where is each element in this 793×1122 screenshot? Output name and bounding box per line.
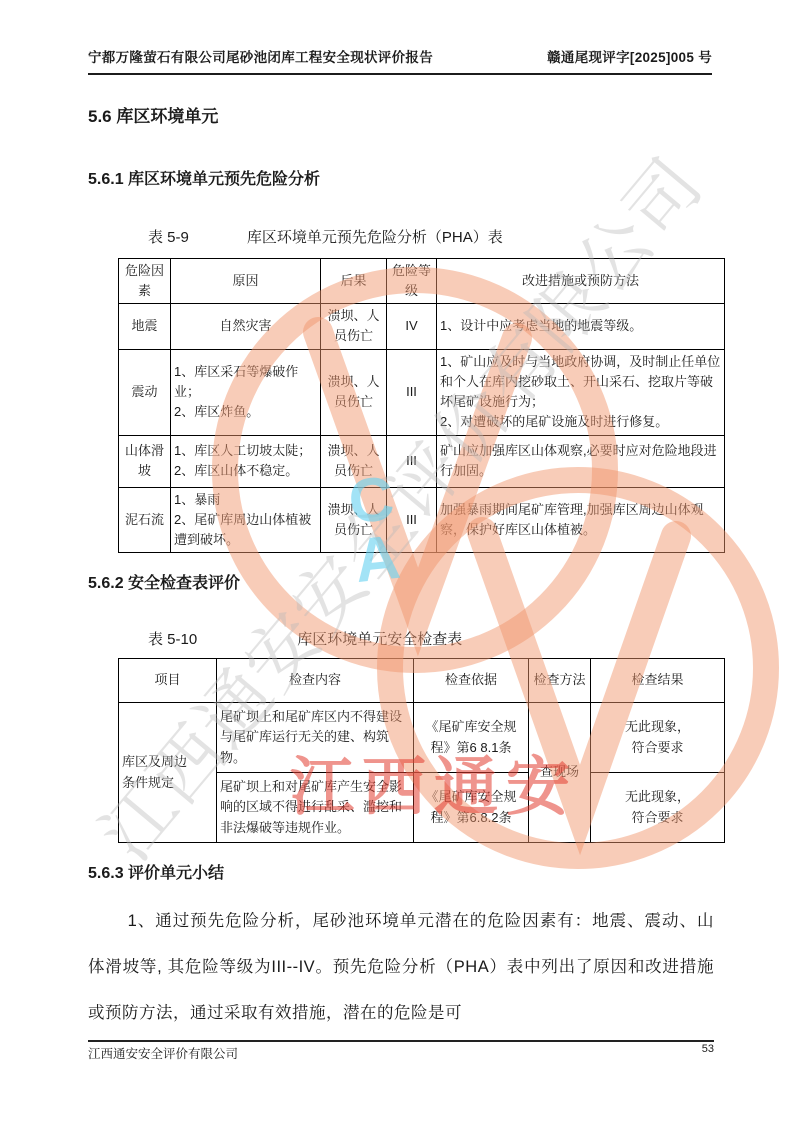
table-row: 震动 1、库区采石等爆破作业； 2、库区炸鱼。 溃坝、人员伤亡 III 1、矿山… [119,349,725,435]
cell-result: 无此现象， 符合要求 [591,773,725,843]
cell-method: 查现场 [529,703,591,843]
col-header-consequence: 后果 [321,259,387,304]
col-header-item: 项目 [119,659,217,703]
table-row: 泥石流 1、暴雨 2、尾矿库周边山体植被遭到破坏。 溃坝、人员伤亡 III 加强… [119,487,725,552]
cell-measures: 矿山应加强库区山体观察,必要时应对危险地段进行加固。 [437,435,725,487]
table10-caption-number: 表 5-10 [148,628,197,649]
cell-result: 无此现象， 符合要求 [591,703,725,773]
cell-basis: 《尾矿库安全规程》第6.8.2条 [414,773,529,843]
cell-measures: 加强暴雨期间尾矿库管理,加强库区周边山体观察，保护好库区山体植被。 [437,487,725,552]
table-row: 山体滑坡 1、库区人工切坡太陡； 2、库区山体不稳定。 溃坝、人员伤亡 III … [119,435,725,487]
cell-consequence: 溃坝、人员伤亡 [321,435,387,487]
col-header-method: 检查方法 [529,659,591,703]
col-header-factor: 危险因素 [119,259,171,304]
cell-cause: 自然灾害 [171,304,321,349]
col-header-measures: 改进措施或预防方法 [437,259,725,304]
cell-level: IV [387,304,437,349]
safety-checklist-table: 项目 检查内容 检查依据 检查方法 检查结果 库区及周边 条件规定 尾矿坝上和尾… [118,658,725,843]
heading-5-6-2: 5.6.2 安全检查表评价 [88,570,240,593]
cell-level: III [387,349,437,435]
table10-caption-title: 库区环境单元安全检查表 [297,628,462,649]
cell-level: III [387,487,437,552]
cell-measures: 1、矿山应及时与当地政府协调，及时制止任单位和个人在库内挖砂取土、开山采石、挖取… [437,349,725,435]
cell-basis: 《尾矿库安全规程》第6 8.1条 [414,703,529,773]
table9-caption-title: 库区环境单元预先危险分析（PHA）表 [247,226,503,247]
table-header-row: 危险因素 原因 后果 危险等级 改进措施或预防方法 [119,259,725,304]
table9-caption-number: 表 5-9 [148,226,189,247]
cell-level: III [387,435,437,487]
cell-factor: 地震 [119,304,171,349]
cell-cause: 1、库区人工切坡太陡； 2、库区山体不稳定。 [171,435,321,487]
footer-company-name: 江西通安安全评价有限公司 [88,1044,238,1062]
table-row: 地震 自然灾害 溃坝、人员伤亡 IV 1、设计中应考虑当地的地震等级。 [119,304,725,349]
heading-5-6-1: 5.6.1 库区环境单元预先危险分析 [88,166,320,189]
header-doc-number: 赣通尾现评字[2025]005 号 [547,46,712,66]
cell-cause: 1、暴雨 2、尾矿库周边山体植被遭到破坏。 [171,487,321,552]
table9-caption: 表 5-9 库区环境单元预先危险分析（PHA）表 [118,226,503,247]
col-header-level: 危险等级 [387,259,437,304]
col-header-result: 检查结果 [591,659,725,703]
cell-cause: 1、库区采石等爆破作业； 2、库区炸鱼。 [171,349,321,435]
page-footer: 江西通安安全评价有限公司 53 [88,1040,714,1062]
cell-factor: 震动 [119,349,171,435]
cell-content: 尾矿坝上和尾矿库区内不得建设与尾矿库运行无关的建、构筑物。 [217,703,414,773]
heading-5-6-3: 5.6.3 评价单元小结 [88,860,224,883]
cell-consequence: 溃坝、人员伤亡 [321,349,387,435]
page-header: 宁都万隆萤石有限公司尾砂池闭库工程安全现状评价报告 赣通尾现评字[2025]00… [88,46,712,75]
heading-5-6: 5.6 库区环境单元 [88,102,218,127]
col-header-content: 检查内容 [217,659,414,703]
cell-measures: 1、设计中应考虑当地的地震等级。 [437,304,725,349]
cell-content: 尾矿坝上和对尾矿库产生安全影响的区域不得进行乱采、滥挖和非法爆破等违规作业。 [217,773,414,843]
col-header-basis: 检查依据 [414,659,529,703]
cell-consequence: 溃坝、人员伤亡 [321,304,387,349]
summary-paragraph: 1、通过预先危险分析，尾砂池环境单元潜在的危险因素有：地震、震动、山体滑坡等, … [88,898,714,1036]
pha-table: 危险因素 原因 后果 危险等级 改进措施或预防方法 地震 自然灾害 溃坝、人员伤… [118,258,725,553]
table10-caption: 表 5-10 库区环境单元安全检查表 [118,628,462,649]
page-number: 53 [702,1043,714,1055]
cell-factor: 泥石流 [119,487,171,552]
cell-factor: 山体滑坡 [119,435,171,487]
cell-consequence: 溃坝、人员伤亡 [321,487,387,552]
col-header-cause: 原因 [171,259,321,304]
cell-item: 库区及周边 条件规定 [119,703,217,843]
header-report-title: 宁都万隆萤石有限公司尾砂池闭库工程安全现状评价报告 [88,46,433,66]
document-page: 宁都万隆萤石有限公司尾砂池闭库工程安全现状评价报告 赣通尾现评字[2025]00… [0,0,793,1122]
table-row: 库区及周边 条件规定 尾矿坝上和尾矿库区内不得建设与尾矿库运行无关的建、构筑物。… [119,703,725,773]
table-header-row: 项目 检查内容 检查依据 检查方法 检查结果 [119,659,725,703]
